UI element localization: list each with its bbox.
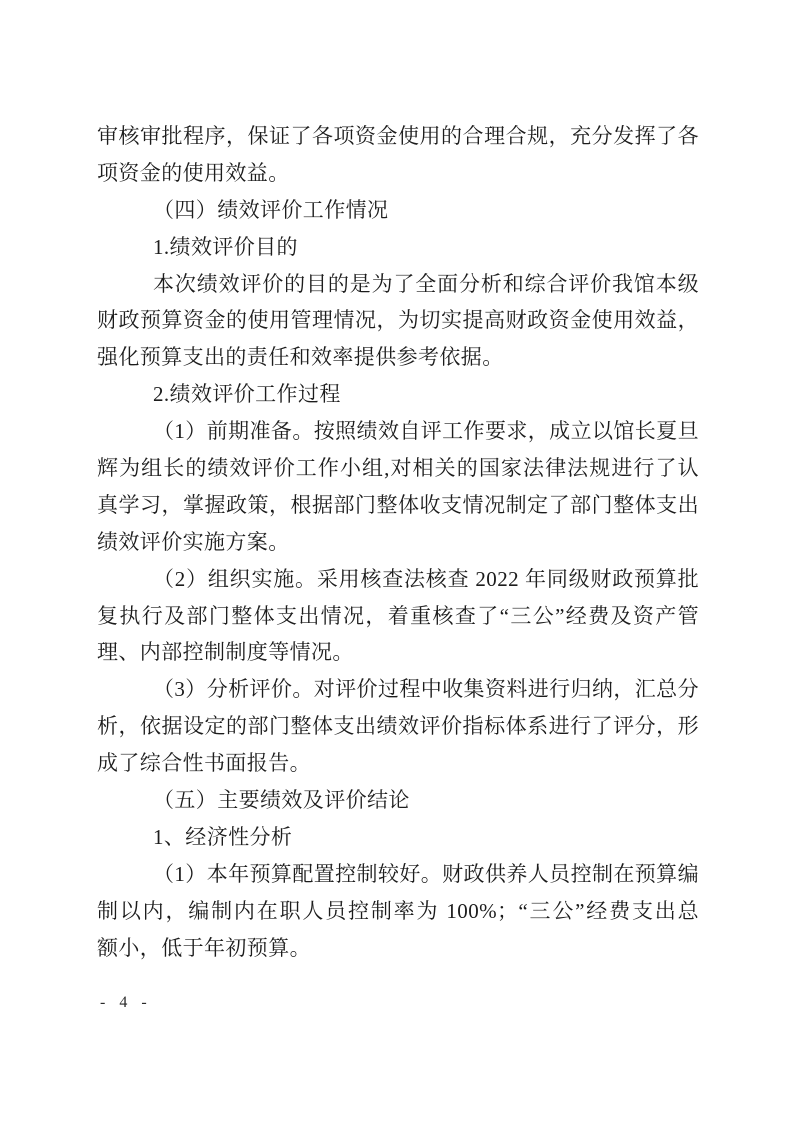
body-text-line: 析，依据设定的部门整体支出绩效评价指标体系进行了评分，形 bbox=[97, 708, 699, 745]
body-text-line: （1）前期准备。按照绩效自评工作要求，成立以馆长夏旦 bbox=[97, 413, 699, 450]
body-text-line: 项资金的使用效益。 bbox=[97, 155, 699, 192]
body-text-line: 审核审批程序，保证了各项资金使用的合理合规，充分发挥了各 bbox=[97, 118, 699, 155]
body-text-line: 本次绩效评价的目的是为了全面分析和综合评价我馆本级 bbox=[97, 266, 699, 303]
body-text-line: 复执行及部门整体支出情况，着重核查了“三公”经费及资产管 bbox=[97, 598, 699, 635]
section-heading-5: （五）主要绩效及评价结论 bbox=[97, 782, 699, 819]
body-text-line: 财政预算资金的使用管理情况，为切实提高财政资金使用效益， bbox=[97, 302, 699, 339]
body-text-line: 理、内部控制制度等情况。 bbox=[97, 634, 699, 671]
body-text-line: （3）分析评价。对评价过程中收集资料进行归纳，汇总分 bbox=[97, 671, 699, 708]
body-text-line: （2）组织实施。采用核查法核查 2022 年同级财政预算批 bbox=[97, 561, 699, 598]
body-text-line: 真学习，掌握政策，根据部门整体收支情况制定了部门整体支出 bbox=[97, 487, 699, 524]
subsection-heading-economic: 1、经济性分析 bbox=[97, 819, 699, 856]
subsection-heading-1: 1.绩效评价目的 bbox=[97, 229, 699, 266]
body-text-line: 额小，低于年初预算。 bbox=[97, 930, 699, 967]
body-text-line: （1）本年预算配置控制较好。财政供养人员控制在预算编 bbox=[97, 856, 699, 893]
body-text-line: 成了综合性书面报告。 bbox=[97, 745, 699, 782]
body-text-line: 强化预算支出的责任和效率提供参考依据。 bbox=[97, 339, 699, 376]
document-body: 审核审批程序，保证了各项资金使用的合理合规，充分发挥了各 项资金的使用效益。 （… bbox=[97, 118, 699, 966]
page-number: - 4 - bbox=[100, 993, 152, 1013]
subsection-heading-2: 2.绩效评价工作过程 bbox=[97, 376, 699, 413]
body-text-line: 辉为组长的绩效评价工作小组,对相关的国家法律法规进行了认 bbox=[97, 450, 699, 487]
document-page: 审核审批程序，保证了各项资金使用的合理合规，充分发挥了各 项资金的使用效益。 （… bbox=[0, 0, 793, 1122]
body-text-line: 制以内，编制内在职人员控制率为 100%；“三公”经费支出总 bbox=[97, 893, 699, 930]
section-heading-4: （四）绩效评价工作情况 bbox=[97, 192, 699, 229]
body-text-line: 绩效评价实施方案。 bbox=[97, 524, 699, 561]
